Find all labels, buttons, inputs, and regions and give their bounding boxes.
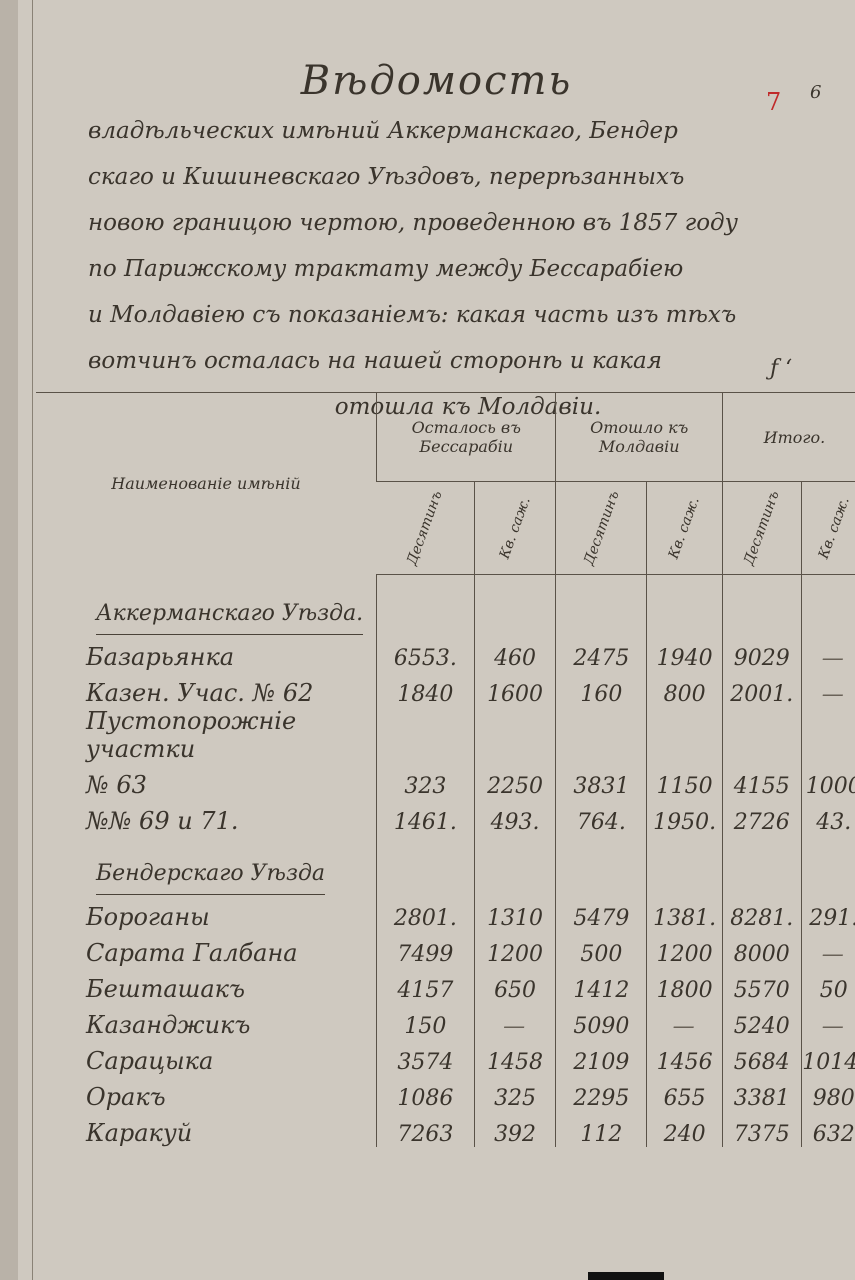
value-cell: 1840 [377, 671, 475, 707]
table-row: Оракъ108632522956553381980 [36, 1075, 855, 1111]
value-cell: 2109 [556, 1039, 647, 1075]
value-cell: 2250 [474, 763, 556, 799]
table-row: Пустопорожнiе участки [36, 707, 855, 763]
table-row: Бороганы2801.131054791381.8281.291. [36, 895, 855, 931]
preamble-line: владѣльческих имѣний Аккерманскаго, Бенд… [88, 108, 848, 154]
sub-header: Кв. саж. [497, 495, 534, 561]
section-title: Аккерманскаго Уѣзда. [96, 601, 363, 635]
value-cell: 2726 [722, 799, 801, 835]
value-cell: 392 [474, 1111, 556, 1147]
value-cell: 5570 [722, 967, 801, 1003]
value-cell: 1940 [647, 635, 723, 671]
table-row: Бешташакъ415765014121800557050 [36, 967, 855, 1003]
value-cell: — [801, 671, 855, 707]
estate-name: Пустопорожнiе участки [36, 707, 377, 763]
preamble-line: скаго и Кишиневскаго Уѣздовъ, перерѣзанн… [88, 154, 848, 200]
value-cell: — [801, 1003, 855, 1039]
value-cell: 500 [556, 931, 647, 967]
preamble: владѣльческих имѣний Аккерманскаго, Бенд… [88, 108, 848, 430]
table-row: Сарата Галбана7499120050012008000— [36, 931, 855, 967]
section-title: Бендерскаго Уѣзда [96, 861, 325, 895]
estate-name: Оракъ [36, 1075, 377, 1111]
value-cell: 1800 [647, 967, 723, 1003]
estate-name: № 63 [36, 763, 377, 799]
group-header-total: Итого. [722, 393, 855, 482]
estate-name: Сарацыка [36, 1039, 377, 1075]
value-cell: 3831 [556, 763, 647, 799]
value-cell: 632 [801, 1111, 855, 1147]
value-cell: 1600 [474, 671, 556, 707]
estate-name: Казанджикъ [36, 1003, 377, 1039]
preamble-line: вотчинъ осталась на нашей сторонѣ и кака… [88, 338, 848, 384]
value-cell: 291. [801, 895, 855, 931]
value-cell: 43. [801, 799, 855, 835]
value-cell: 1000 [801, 763, 855, 799]
value-cell: 1310 [474, 895, 556, 931]
value-cell: 1458 [474, 1039, 556, 1075]
value-cell: — [801, 931, 855, 967]
value-cell: 160 [556, 671, 647, 707]
value-cell: 1456 [647, 1039, 723, 1075]
name-column-header: Наименованiе имѣнiй [36, 393, 377, 575]
value-cell: 4155 [722, 763, 801, 799]
page-number: 6 [810, 82, 821, 103]
estate-name: Бороганы [36, 895, 377, 931]
value-cell: 2295 [556, 1075, 647, 1111]
value-cell: 150 [377, 1003, 475, 1039]
value-cell: 493. [474, 799, 556, 835]
value-cell: 323 [377, 763, 475, 799]
value-cell: 112 [556, 1111, 647, 1147]
value-cell: 5240 [722, 1003, 801, 1039]
value-cell: 764. [556, 799, 647, 835]
value-cell: 9029 [722, 635, 801, 671]
estate-name: Казен. Учас. № 62 [36, 671, 377, 707]
value-cell: 1086 [377, 1075, 475, 1111]
value-cell: 5684 [722, 1039, 801, 1075]
table-row: Сарацыка357414582109145656841014. [36, 1039, 855, 1075]
value-cell: 6553. [377, 635, 475, 671]
sub-header: Кв. саж. [815, 495, 852, 561]
value-cell: — [474, 1003, 556, 1039]
sub-header: Десятинъ [581, 489, 623, 567]
table-row: №№ 69 и 71.1461.493.764.1950.272643. [36, 799, 855, 835]
document-title: Вѣдомость [18, 58, 855, 104]
preamble-line: новою границою чертою, проведенною въ 18… [88, 200, 848, 246]
value-cell: 240 [647, 1111, 723, 1147]
value-cell: 1461. [377, 799, 475, 835]
group-header-moldavia: Отошло къ Молдавiи [556, 393, 722, 482]
section-row: Бендерскаго Уѣзда [36, 835, 855, 895]
value-cell: 1412 [556, 967, 647, 1003]
value-cell: 2801. [377, 895, 475, 931]
value-cell: 3574 [377, 1039, 475, 1075]
value-cell: 7263 [377, 1111, 475, 1147]
sub-header: Десятинъ [404, 489, 446, 567]
preamble-line: и Молдавiею съ показанiемъ: какая часть … [88, 292, 848, 338]
value-cell: 1950. [647, 799, 723, 835]
value-cell: 1014. [801, 1039, 855, 1075]
value-cell: 1381. [647, 895, 723, 931]
value-cell: 1200 [474, 931, 556, 967]
table-row: Каракуй72633921122407375632 [36, 1111, 855, 1147]
value-cell: 8281. [722, 895, 801, 931]
estates-table: Наименованiе имѣнiй Осталось въ Бессараб… [36, 392, 855, 1147]
value-cell: 2001. [722, 671, 801, 707]
value-cell: 980 [801, 1075, 855, 1111]
value-cell: — [647, 1003, 723, 1039]
sub-header: Десятинъ [741, 489, 783, 567]
group-header-remained: Осталось въ Бессарабiи [377, 393, 556, 482]
value-cell: 1200 [647, 931, 723, 967]
estate-name: Каракуй [36, 1111, 377, 1147]
preamble-line: по Парижскому трактату между Бессарабiею [88, 246, 848, 292]
sub-header: Кв. саж. [666, 495, 703, 561]
table-row: Казен. Учас. № 62184016001608002001.— [36, 671, 855, 707]
table-row: № 6332322503831115041551000 [36, 763, 855, 799]
margin-mark: ƒ ‘ [770, 356, 792, 381]
estate-name: №№ 69 и 71. [36, 799, 377, 835]
value-cell: 5479 [556, 895, 647, 931]
value-cell: 655 [647, 1075, 723, 1111]
value-cell: 1150 [647, 763, 723, 799]
value-cell: 5090 [556, 1003, 647, 1039]
ledger-page: Вѣдомость 7 6 владѣльческих имѣний Аккер… [18, 0, 855, 1280]
value-cell: 7375 [722, 1111, 801, 1147]
value-cell: 50 [801, 967, 855, 1003]
value-cell: 7499 [377, 931, 475, 967]
section-row: Аккерманскаго Уѣзда. [36, 575, 855, 636]
value-cell: 325 [474, 1075, 556, 1111]
scan-edge-bar [588, 1272, 664, 1280]
value-cell: 650 [474, 967, 556, 1003]
estate-name: Сарата Галбана [36, 931, 377, 967]
value-cell: 2475 [556, 635, 647, 671]
value-cell: — [801, 635, 855, 671]
table-row: Казанджикъ150—5090—5240— [36, 1003, 855, 1039]
table-row: Базарьянка6553.460247519409029— [36, 635, 855, 671]
estate-name: Базарьянка [36, 635, 377, 671]
value-cell: 4157 [377, 967, 475, 1003]
value-cell: 8000 [722, 931, 801, 967]
estate-name: Бешташакъ [36, 967, 377, 1003]
value-cell: 460 [474, 635, 556, 671]
value-cell: 3381 [722, 1075, 801, 1111]
value-cell: 800 [647, 671, 723, 707]
